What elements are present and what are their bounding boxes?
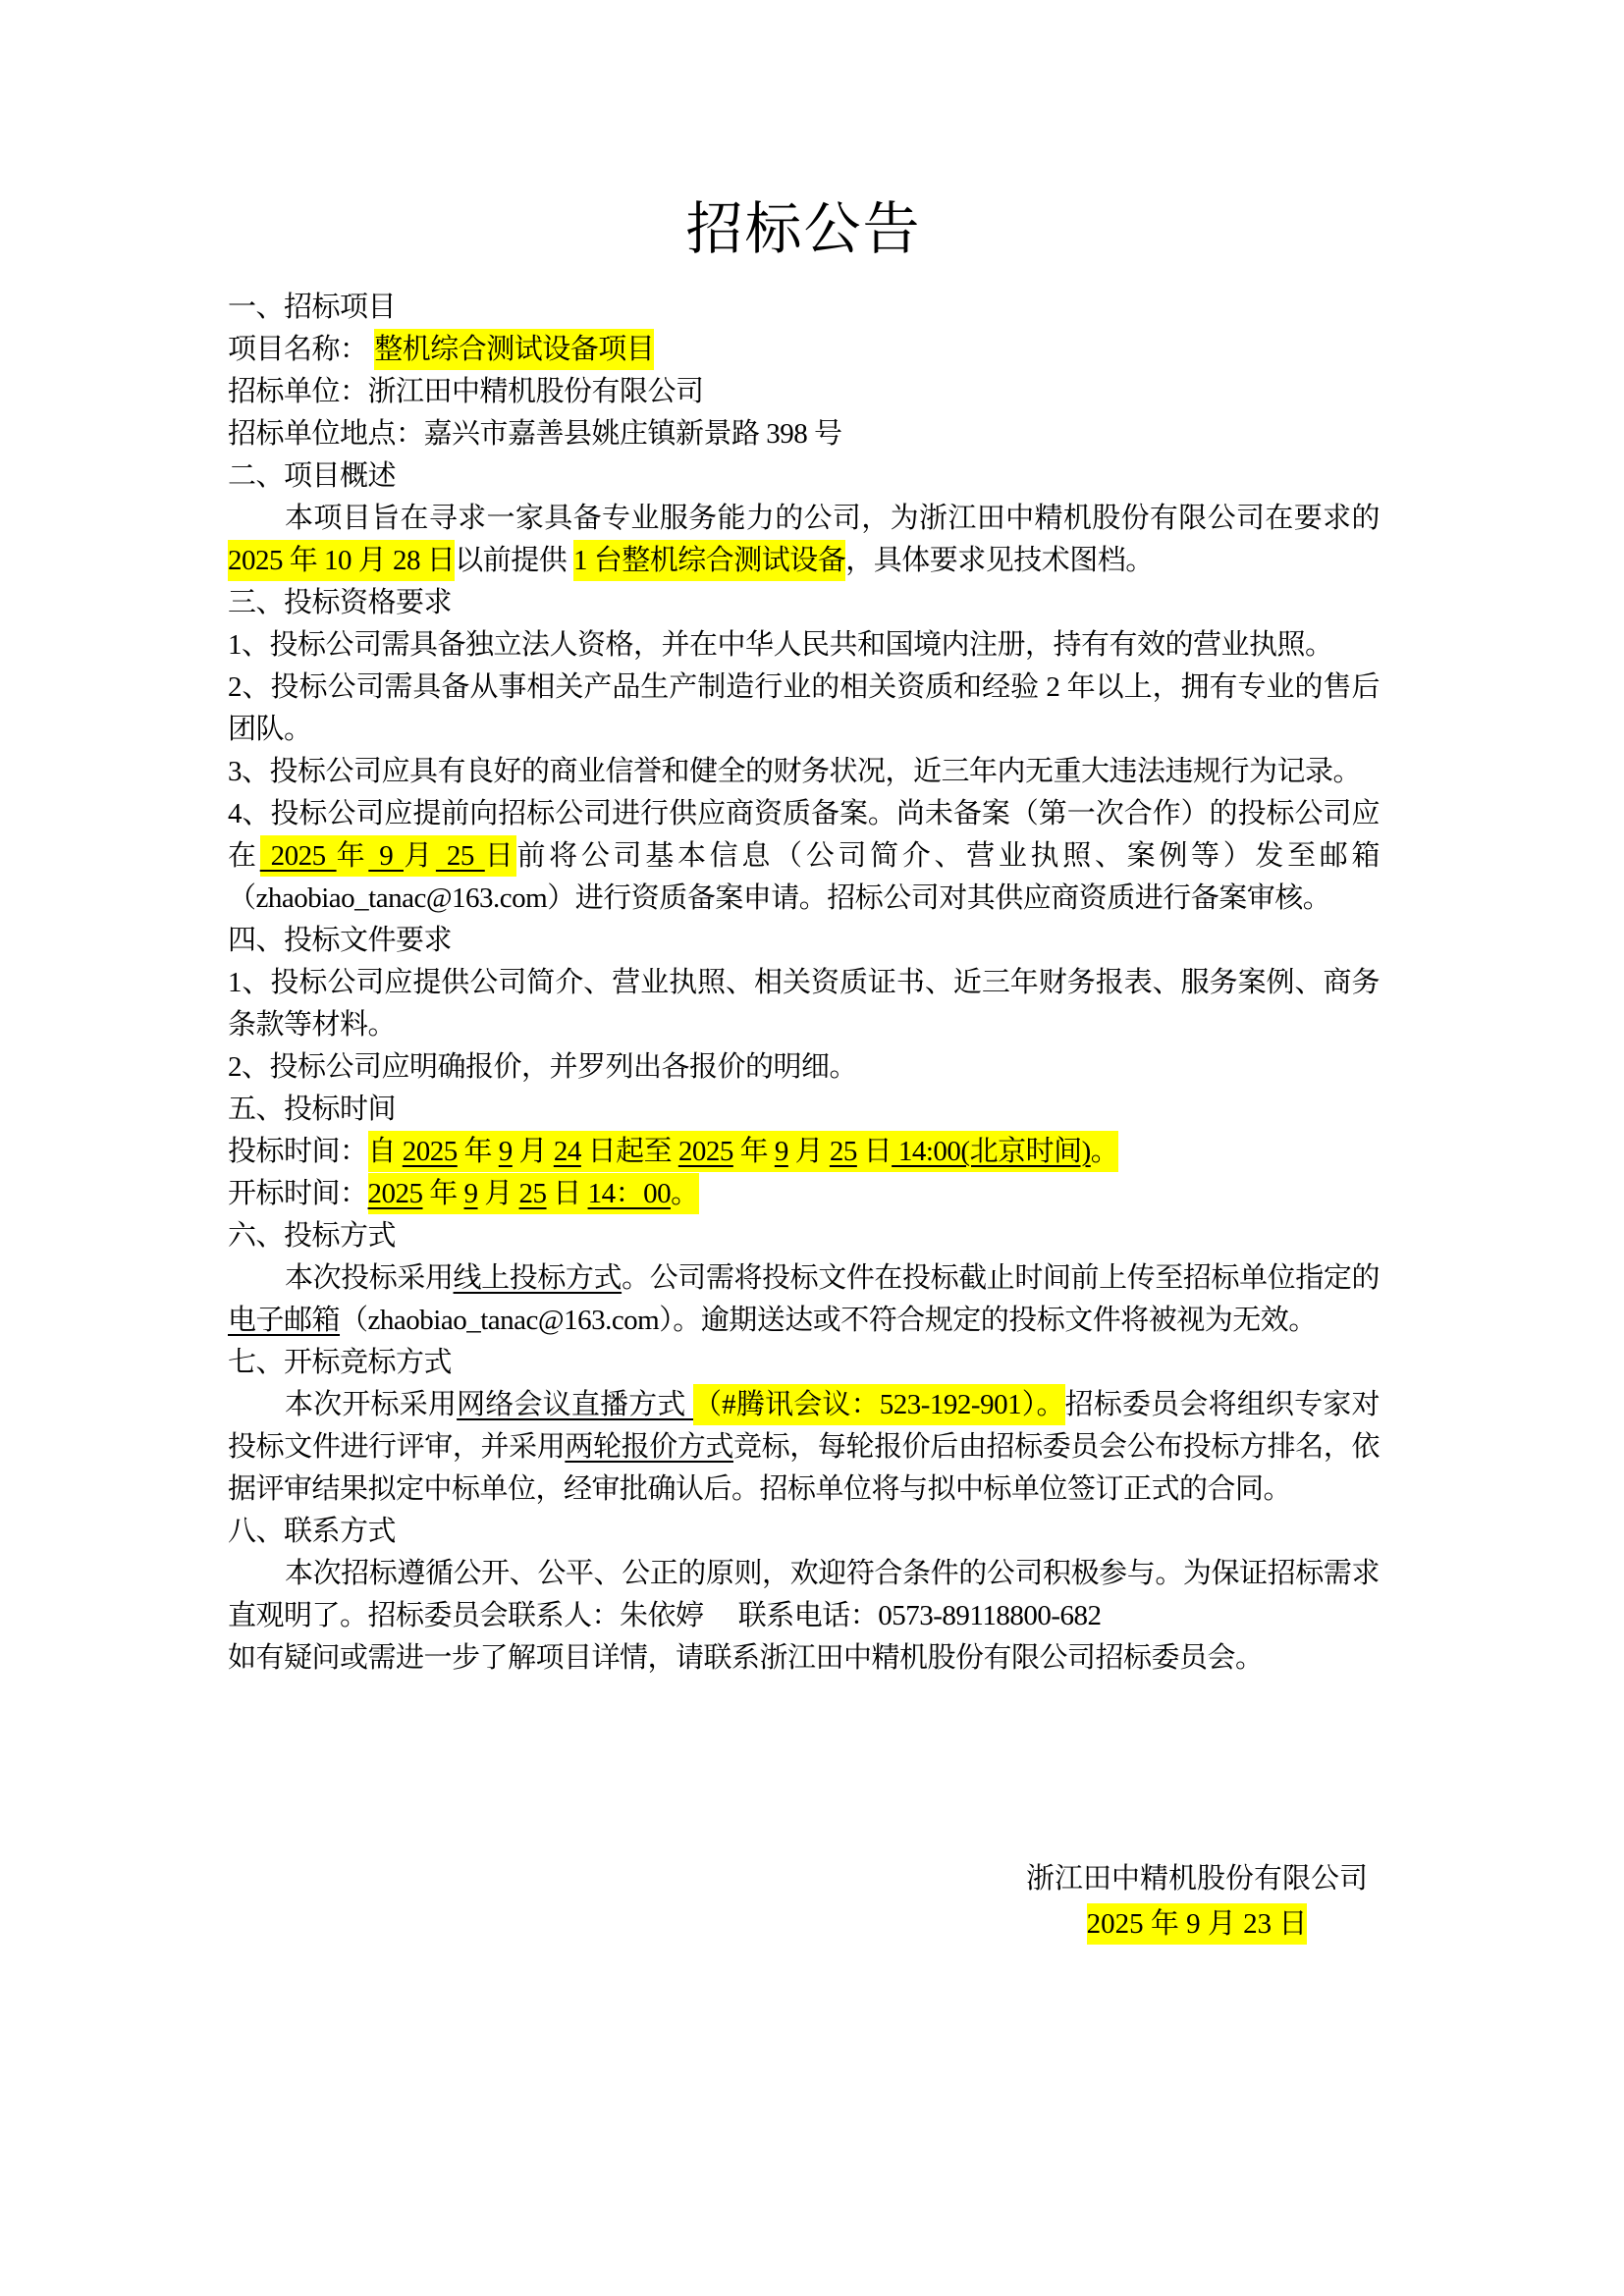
highlighted-text: 25 xyxy=(436,835,485,877)
highlighted-text: （#腾讯会议：523-192-901） xyxy=(693,1384,1036,1425)
qualification-item-4: 4、投标公司应提前向招标公司进行供应商资质备案。尚未备案（第一次合作）的投标公司… xyxy=(228,793,1380,920)
document-body: 一、招标项目项目名称： 整机综合测试设备项目招标单位：浙江田中精机股份有限公司招… xyxy=(228,287,1380,1680)
text-segment: 一、招标项目 xyxy=(228,292,396,323)
highlighted-text: 。 xyxy=(1036,1384,1064,1425)
document-title: 招标公告 xyxy=(228,185,1380,275)
text-segment: ，具体要求见技术图档。 xyxy=(845,545,1154,576)
highlighted-text: 月 xyxy=(513,1131,554,1172)
highlighted-text: 2025 xyxy=(260,835,337,877)
text-segment: 招标单位地点：嘉兴市嘉善县姚庄镇新景路 398 号 xyxy=(228,418,842,450)
text-segment: 八、联系方式 xyxy=(228,1516,396,1547)
highlighted-text: 9 xyxy=(775,1131,788,1172)
underlined-text: 网络会议直播方式 xyxy=(457,1389,693,1420)
text-segment: 1、投标公司应提供公司简介、营业执照、相关资质证书、近三年财务报表、服务案例、商… xyxy=(228,967,1380,1041)
document-page: 招标公告 一、招标项目项目名称： 整机综合测试设备项目招标单位：浙江田中精机股份… xyxy=(0,0,1624,2296)
highlighted-text: 2025 xyxy=(403,1131,458,1172)
text-segment: 二、项目概述 xyxy=(228,460,396,492)
signature-block: 浙江田中精机股份有限公司 2025 年 9 月 23 日 xyxy=(1026,1856,1368,1947)
highlighted-text: 整机综合测试设备项目 xyxy=(374,329,654,370)
bid-time-line: 投标时间：自 2025 年 9 月 24 日起至 2025 年 9 月 25 日… xyxy=(228,1131,1380,1173)
highlighted-text: 25 xyxy=(519,1173,547,1214)
signature-date-line: 2025 年 9 月 23 日 xyxy=(1026,1901,1368,1947)
highlighted-text: 日 xyxy=(857,1131,892,1172)
highlighted-text: 9 xyxy=(464,1173,478,1214)
open-method-paragraph: 本次开标采用网络会议直播方式 （#腾讯会议：523-192-901）。招标委员会… xyxy=(228,1384,1380,1511)
document-content: 招标公告 一、招标项目项目名称： 整机综合测试设备项目招标单位：浙江田中精机股份… xyxy=(0,0,1624,1947)
underlined-text: 电子邮箱 xyxy=(228,1305,340,1336)
section-8-heading: 八、联系方式 xyxy=(228,1511,1380,1553)
highlighted-text: 日 xyxy=(547,1173,588,1214)
section-6-heading: 六、投标方式 xyxy=(228,1215,1380,1257)
qualification-item-3: 3、投标公司应具有良好的商业信誉和健全的财务状况，近三年内无重大违法违规行为记录… xyxy=(228,751,1380,793)
text-segment: 七、开标竞标方式 xyxy=(228,1347,452,1378)
highlighted-text: 年 xyxy=(337,835,369,877)
contact-paragraph: 本次招标遵循公开、公平、公正的原则，欢迎符合条件的公司积极参与。为保证招标需求直… xyxy=(228,1553,1380,1637)
text-segment: 三、投标资格要求 xyxy=(228,587,452,618)
contact-note-line: 如有疑问或需进一步了解项目详情，请联系浙江田中精机股份有限公司招标委员会。 xyxy=(228,1637,1380,1680)
bid-method-paragraph: 本次投标采用线上投标方式。公司需将投标文件在投标截止时间前上传至招标单位指定的电… xyxy=(228,1257,1380,1342)
text-segment: 。公司需将投标文件在投标截止时间前上传至招标单位指定的 xyxy=(622,1262,1380,1294)
section-5-heading: 五、投标时间 xyxy=(228,1089,1380,1131)
highlighted-text: 1 台整机综合测试设备 xyxy=(573,540,845,581)
highlighted-text: 。 xyxy=(1091,1131,1119,1172)
highlighted-text: 月 xyxy=(404,835,436,877)
text-segment: 投标时间： xyxy=(228,1136,368,1167)
text-segment: 六、投标方式 xyxy=(228,1220,396,1252)
project-name-line: 项目名称： 整机综合测试设备项目 xyxy=(228,329,1380,371)
highlighted-text: 年 xyxy=(423,1173,464,1214)
text-segment: 开标时间： xyxy=(228,1178,368,1209)
section-3-heading: 三、投标资格要求 xyxy=(228,582,1380,624)
section-4-heading: 四、投标文件要求 xyxy=(228,920,1380,962)
text-segment: 项目名称： xyxy=(228,334,374,365)
open-time-line: 开标时间：2025 年 9 月 25 日 14：00。 xyxy=(228,1173,1380,1215)
section-7-heading: 七、开标竞标方式 xyxy=(228,1342,1380,1384)
documents-item-2: 2、投标公司应明确报价，并罗列出各报价的明细。 xyxy=(228,1046,1380,1089)
project-overview-paragraph: 本项目旨在寻求一家具备专业服务能力的公司，为浙江田中精机股份有限公司在要求的20… xyxy=(228,498,1380,582)
highlighted-text: 14：00 xyxy=(588,1173,672,1214)
text-segment: 1、投标公司需具备独立法人资格，并在中华人民共和国境内注册，持有有效的营业执照。 xyxy=(228,629,1333,661)
text-segment: 以前提供 xyxy=(455,545,573,576)
text-segment: 五、投标时间 xyxy=(228,1094,396,1125)
documents-item-1: 1、投标公司应提供公司简介、营业执照、相关资质证书、近三年财务报表、服务案例、商… xyxy=(228,962,1380,1046)
highlighted-text: 9 xyxy=(368,835,404,877)
highlighted-text: 24 xyxy=(554,1131,581,1172)
highlighted-text: 日 xyxy=(485,835,517,877)
signature-company: 浙江田中精机股份有限公司 xyxy=(1026,1856,1368,1901)
highlighted-text: 自 xyxy=(368,1131,403,1172)
highlighted-text: 9 xyxy=(499,1131,513,1172)
section-2-heading: 二、项目概述 xyxy=(228,455,1380,498)
underlined-text: 两轮报价方式 xyxy=(565,1431,733,1463)
highlighted-text: 月 xyxy=(788,1131,830,1172)
text-segment: 本次投标采用 xyxy=(285,1262,454,1294)
highlighted-text: 年 xyxy=(458,1131,499,1172)
tender-company-line: 招标单位：浙江田中精机股份有限公司 xyxy=(228,371,1380,413)
highlighted-text: 2025 xyxy=(368,1173,423,1214)
highlighted-text: 月 xyxy=(478,1173,519,1214)
text-segment: 本次招标遵循公开、公平、公正的原则，欢迎符合条件的公司积极参与。为保证招标需求直… xyxy=(228,1558,1380,1631)
signature-date: 2025 年 9 月 23 日 xyxy=(1087,1903,1308,1945)
tender-address-line: 招标单位地点：嘉兴市嘉善县姚庄镇新景路 398 号 xyxy=(228,413,1380,455)
text-segment: 3、投标公司应具有良好的商业信誉和健全的财务状况，近三年内无重大违法违规行为记录… xyxy=(228,756,1361,787)
underlined-text: 线上投标方式 xyxy=(454,1262,623,1294)
section-1-heading: 一、招标项目 xyxy=(228,287,1380,329)
text-segment: 本项目旨在寻求一家具备专业服务能力的公司，为浙江田中精机股份有限公司在要求的 xyxy=(285,503,1380,534)
text-segment: 如有疑问或需进一步了解项目详情，请联系浙江田中精机股份有限公司招标委员会。 xyxy=(228,1642,1264,1674)
qualification-item-2: 2、投标公司需具备从事相关产品生产制造行业的相关资质和经验 2 年以上，拥有专业… xyxy=(228,667,1380,751)
text-segment: 招标单位：浙江田中精机股份有限公司 xyxy=(228,376,704,407)
qualification-item-1: 1、投标公司需具备独立法人资格，并在中华人民共和国境内注册，持有有效的营业执照。 xyxy=(228,624,1380,667)
highlighted-text: 2025 xyxy=(678,1131,733,1172)
highlighted-text: 日起至 xyxy=(581,1131,678,1172)
highlighted-text: 2025 年 10 月 28 日 xyxy=(228,540,455,581)
highlighted-text: 。 xyxy=(671,1173,699,1214)
highlighted-text: 25 xyxy=(830,1131,857,1172)
text-segment: 四、投标文件要求 xyxy=(228,925,452,956)
text-segment: 2、投标公司需具备从事相关产品生产制造行业的相关资质和经验 2 年以上，拥有专业… xyxy=(228,671,1380,745)
highlighted-text: 年 xyxy=(733,1131,775,1172)
text-segment: 本次开标采用 xyxy=(285,1389,457,1420)
highlighted-text: 14:00(北京时间) xyxy=(892,1131,1091,1172)
text-segment: 2、投标公司应明确报价，并罗列出各报价的明细。 xyxy=(228,1051,857,1083)
text-segment: （zhaobiao_tanac@163.com）。逾期送达或不符合规定的投标文件… xyxy=(340,1305,1317,1336)
